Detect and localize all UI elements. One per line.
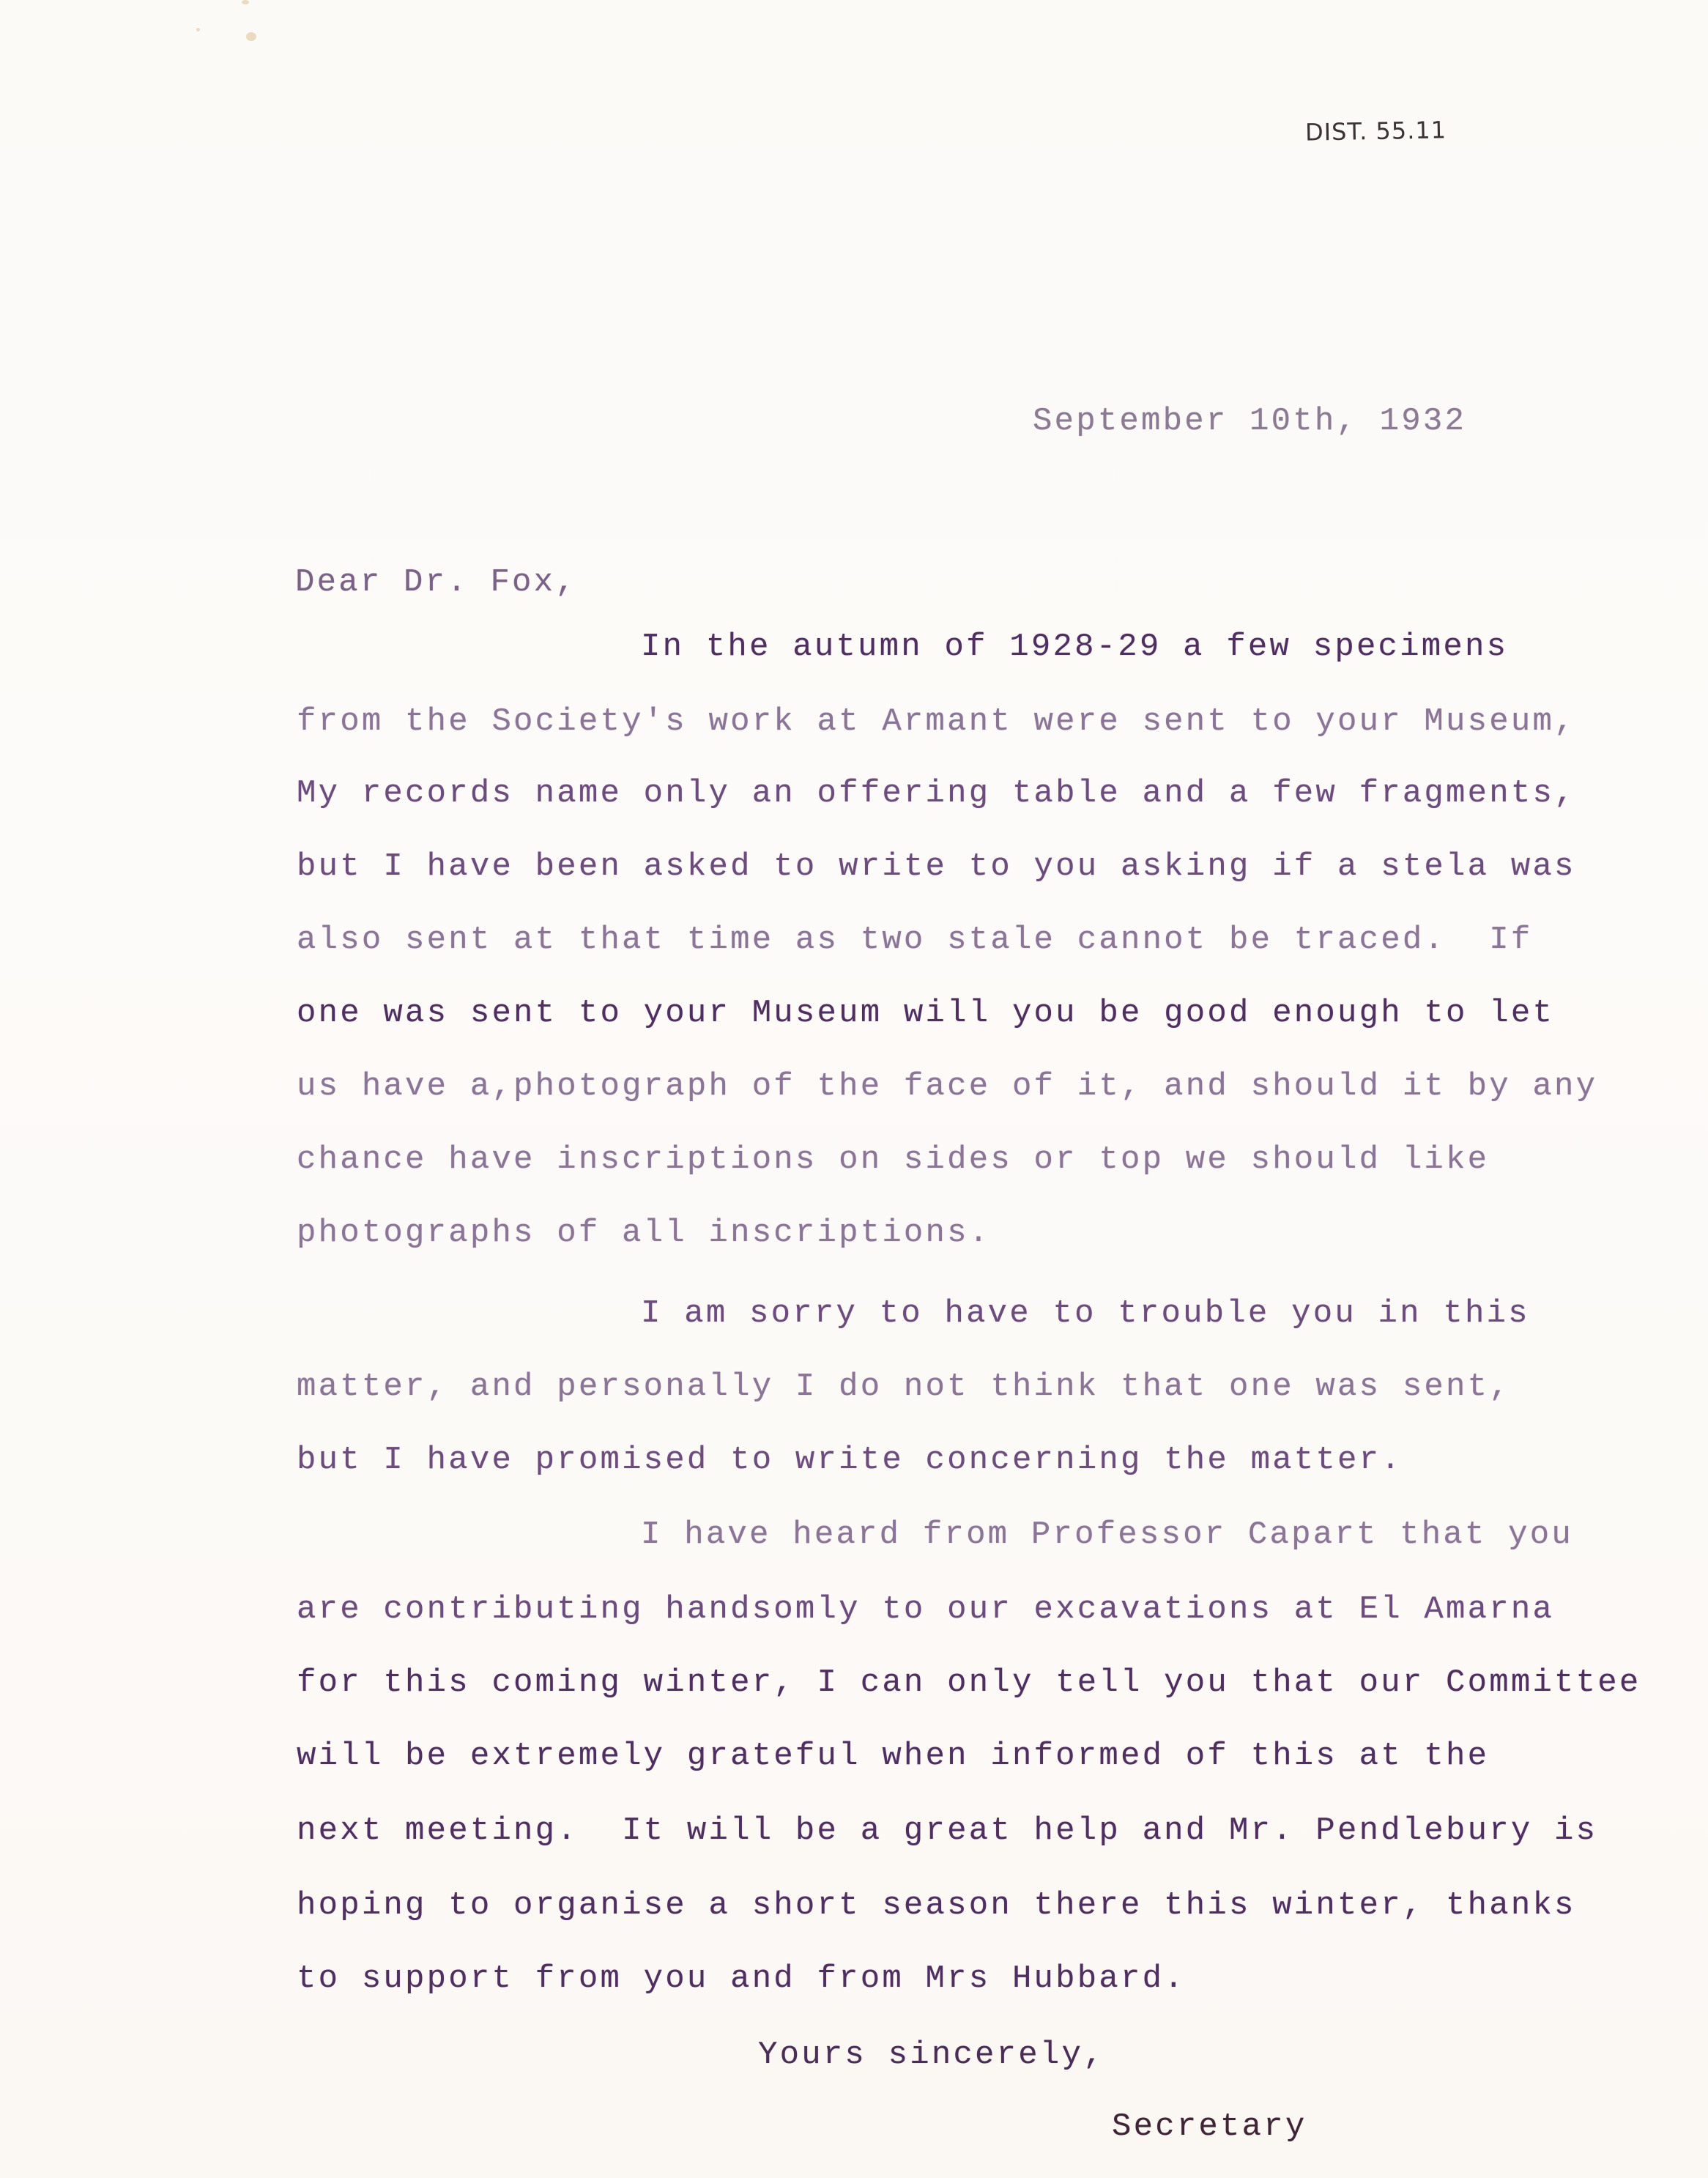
paragraph-line: will be extremely grateful when informed…: [297, 1738, 1489, 1774]
paragraph-line: but I have been asked to write to you as…: [297, 848, 1576, 885]
paragraph-line: My records name only an offering table a…: [297, 775, 1576, 812]
paragraph-line: I am sorry to have to trouble you in thi…: [641, 1295, 1530, 1332]
archive-reference-note: DIST. 55.11: [1305, 116, 1447, 146]
paragraph-line: to support from you and from Mrs Hubbard…: [297, 1960, 1186, 1997]
paragraph-line: matter, and personally I do not think th…: [297, 1368, 1511, 1405]
paragraph-line: but I have promised to write concerning …: [297, 1442, 1403, 1478]
paragraph-line: chance have inscriptions on sides or top…: [297, 1141, 1489, 1178]
closing: Yours sincerely,: [758, 2037, 1105, 2073]
paragraph-line: one was sent to your Museum will you be …: [297, 995, 1554, 1031]
paragraph-line: also sent at that time as two stale cann…: [297, 922, 1532, 958]
letter-page: DIST. 55.11 September 10th, 1932 Dear Dr…: [0, 0, 1708, 2178]
salutation: Dear Dr. Fox,: [295, 564, 577, 601]
paragraph-line: us have a,photograph of the face of it, …: [297, 1068, 1597, 1105]
paragraph-line: I have heard from Professor Capart that …: [641, 1516, 1573, 1553]
paragraph-line: from the Society's work at Armant were s…: [297, 703, 1576, 740]
signature-title: Secretary: [1112, 2108, 1307, 2145]
letter-date: September 10th, 1932: [1033, 403, 1466, 440]
paragraph-line: hoping to organise a short season there …: [297, 1887, 1576, 1924]
paragraph-line: for this coming winter, I can only tell …: [297, 1664, 1641, 1701]
paper-stain: [242, 0, 249, 4]
paper-stain: [196, 28, 200, 32]
paper-stain: [246, 32, 256, 41]
paragraph-line: photographs of all inscriptions.: [297, 1215, 990, 1251]
paragraph-line: In the autumn of 1928-29 a few specimens: [641, 629, 1508, 665]
paragraph-line: are contributing handsomly to our excava…: [297, 1591, 1554, 1628]
paragraph-line: next meeting. It will be a great help an…: [297, 1812, 1597, 1849]
